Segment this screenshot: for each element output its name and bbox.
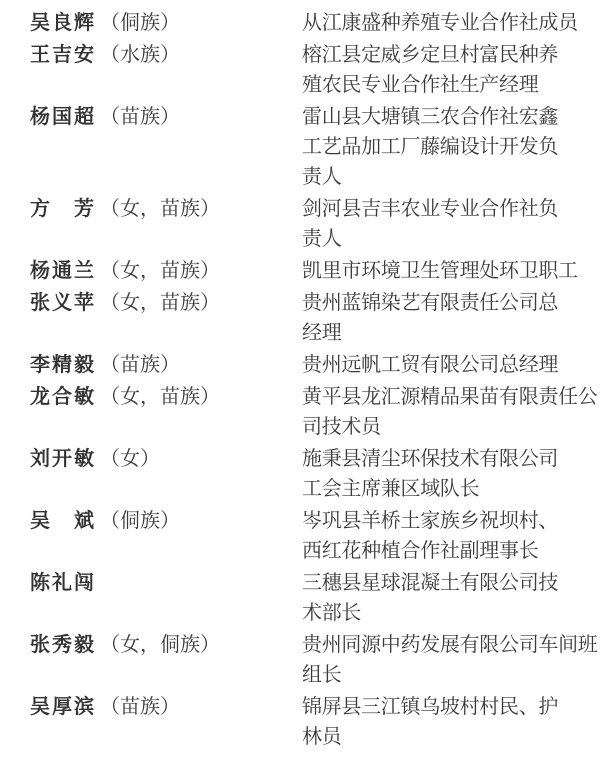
- person-description: 从江康盛种养殖专业合作社成员: [302, 7, 600, 37]
- person-name: 李精毅: [30, 352, 96, 376]
- person-ethnicity: （苗族）: [100, 694, 180, 718]
- person-name: 陈礼闯: [30, 570, 96, 594]
- roster-entry: 张秀毅（女，侗族） 贵州同源中药发展有限公司车间班 组长: [30, 629, 600, 689]
- person-name: 吴厚滨: [30, 694, 96, 718]
- person-description: 贵州蓝锦染艺有限责任公司总 经理: [302, 287, 600, 347]
- roster-entry: 吴厚滨（苗族） 锦屏县三江镇乌坡村村民、护 林员: [30, 691, 600, 751]
- roster-entry: 龙合敏（女，苗族） 黄平县龙汇源精品果苗有限责任公 司技术员: [30, 381, 600, 441]
- person-ethnicity: （女，苗族）: [100, 258, 220, 282]
- roster-entry: 吴 斌（侗族） 岑巩县羊桥土家族乡祝坝村、 西红花种植合作社副理事长: [30, 505, 600, 565]
- person-name: 方 芳: [30, 196, 96, 220]
- roster-entry: 刘开敏（女） 施秉县清尘环保技术有限公司 工会主席兼区域队长: [30, 443, 600, 503]
- person-name: 杨国超: [30, 104, 96, 128]
- person-cell: 张秀毅（女，侗族）: [30, 629, 302, 659]
- person-description: 施秉县清尘环保技术有限公司 工会主席兼区域队长: [302, 443, 600, 503]
- person-name: 张义苹: [30, 290, 96, 314]
- person-description: 雷山县大塘镇三农合作社宏鑫 工艺品加工厂藤编设计开发负 责人: [302, 101, 600, 191]
- person-cell: 吴厚滨（苗族）: [30, 691, 302, 721]
- person-cell: 刘开敏（女）: [30, 443, 302, 473]
- person-cell: 陈礼闯: [30, 567, 302, 597]
- person-ethnicity: （女，苗族）: [100, 384, 220, 408]
- roster-page: 吴良辉（侗族） 从江康盛种养殖专业合作社成员 王吉安（水族） 榕江县定威乡定旦村…: [0, 0, 600, 759]
- person-name: 吴良辉: [30, 10, 96, 34]
- person-cell: 杨通兰（女，苗族）: [30, 255, 302, 285]
- person-cell: 龙合敏（女，苗族）: [30, 381, 302, 411]
- person-ethnicity: （侗族）: [100, 10, 180, 34]
- roster-entry: 吴良辉（侗族） 从江康盛种养殖专业合作社成员: [30, 7, 600, 37]
- person-description: 三穗县星球混凝土有限公司技 术部长: [302, 567, 600, 627]
- person-description: 凯里市环境卫生管理处环卫职工: [302, 255, 600, 285]
- person-cell: 张义苹（女，苗族）: [30, 287, 302, 317]
- person-ethnicity: （女，苗族）: [100, 290, 220, 314]
- roster-entry: 陈礼闯 三穗县星球混凝土有限公司技 术部长: [30, 567, 600, 627]
- person-name: 刘开敏: [30, 446, 96, 470]
- person-cell: 吴良辉（侗族）: [30, 7, 302, 37]
- person-ethnicity: （苗族）: [100, 104, 180, 128]
- person-ethnicity: （苗族）: [100, 352, 180, 376]
- person-name: 龙合敏: [30, 384, 96, 408]
- person-ethnicity: （女，侗族）: [100, 632, 220, 656]
- person-description: 锦屏县三江镇乌坡村村民、护 林员: [302, 691, 600, 751]
- person-cell: 杨国超（苗族）: [30, 101, 302, 131]
- person-ethnicity: （女）: [100, 446, 160, 470]
- person-description: 榕江县定威乡定旦村富民种养 殖农民专业合作社生产经理: [302, 39, 600, 99]
- person-ethnicity: （女，苗族）: [100, 196, 220, 220]
- person-description: 岑巩县羊桥土家族乡祝坝村、 西红花种植合作社副理事长: [302, 505, 600, 565]
- person-ethnicity: （水族）: [100, 42, 180, 66]
- person-cell: 吴 斌（侗族）: [30, 505, 302, 535]
- person-name: 吴 斌: [30, 508, 96, 532]
- roster-entry: 杨国超（苗族） 雷山县大塘镇三农合作社宏鑫 工艺品加工厂藤编设计开发负 责人: [30, 101, 600, 191]
- roster-entry: 张义苹（女，苗族） 贵州蓝锦染艺有限责任公司总 经理: [30, 287, 600, 347]
- person-name: 杨通兰: [30, 258, 96, 282]
- person-ethnicity: （侗族）: [100, 508, 180, 532]
- person-description: 贵州远帆工贸有限公司总经理: [302, 349, 600, 379]
- roster-entry: 杨通兰（女，苗族） 凯里市环境卫生管理处环卫职工: [30, 255, 600, 285]
- person-name: 张秀毅: [30, 632, 96, 656]
- roster-list: 吴良辉（侗族） 从江康盛种养殖专业合作社成员 王吉安（水族） 榕江县定威乡定旦村…: [30, 7, 600, 751]
- person-description: 贵州同源中药发展有限公司车间班 组长: [302, 629, 600, 689]
- roster-entry: 李精毅（苗族） 贵州远帆工贸有限公司总经理: [30, 349, 600, 379]
- person-description: 剑河县吉丰农业专业合作社负 责人: [302, 193, 600, 253]
- roster-entry: 王吉安（水族） 榕江县定威乡定旦村富民种养 殖农民专业合作社生产经理: [30, 39, 600, 99]
- roster-entry: 方 芳（女，苗族） 剑河县吉丰农业专业合作社负 责人: [30, 193, 600, 253]
- person-name: 王吉安: [30, 42, 96, 66]
- person-cell: 方 芳（女，苗族）: [30, 193, 302, 223]
- person-description: 黄平县龙汇源精品果苗有限责任公 司技术员: [302, 381, 600, 441]
- person-cell: 王吉安（水族）: [30, 39, 302, 69]
- person-cell: 李精毅（苗族）: [30, 349, 302, 379]
